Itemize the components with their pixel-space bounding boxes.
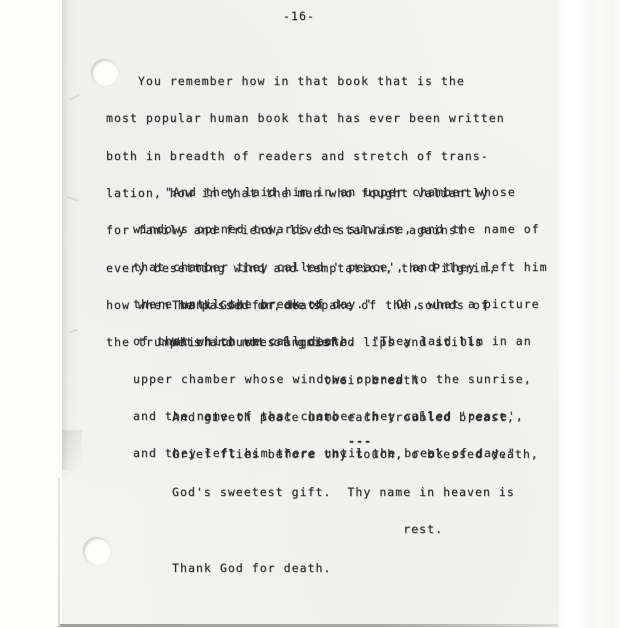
typed-line: "And they laid him in an upper chamber w… [133,186,548,198]
page-bottom-edge [60,624,558,627]
scanner-background-right [556,0,620,628]
typed-line: that chamber they called ' peace', and t… [133,261,548,273]
poem-line: Grief flies before thy touch, o blessed … [172,448,539,460]
typed-line: windows opened towards the sunrise, and … [133,223,548,235]
underlying-page-edge [58,478,60,628]
poem-line: their breath [172,374,539,386]
poem-line: Which touches anguished lips and stills [172,336,539,348]
poem-line: Thank God for death [172,299,539,311]
torn-edge-mark [70,94,80,101]
punch-hole-bottom [83,537,111,565]
poem-line: Thank God for death. [172,562,539,574]
scanner-background-left [0,0,64,628]
poem-line: And giveth peace unto each troubled brea… [172,411,539,423]
page-number: -16- [283,10,315,22]
typed-line: You remember how in that book that is th… [106,75,505,87]
torn-edge-mark [69,329,78,333]
typed-line: most popular human book that has ever be… [106,112,505,124]
torn-edge-mark [67,196,79,202]
poem-thank-god-for-death: Thank God for death Which touches anguis… [172,274,539,587]
poem-line: God's sweetest gift. Thy name in heaven … [172,486,539,498]
poem-line: rest. [172,523,539,535]
section-divider: --- [348,435,372,447]
